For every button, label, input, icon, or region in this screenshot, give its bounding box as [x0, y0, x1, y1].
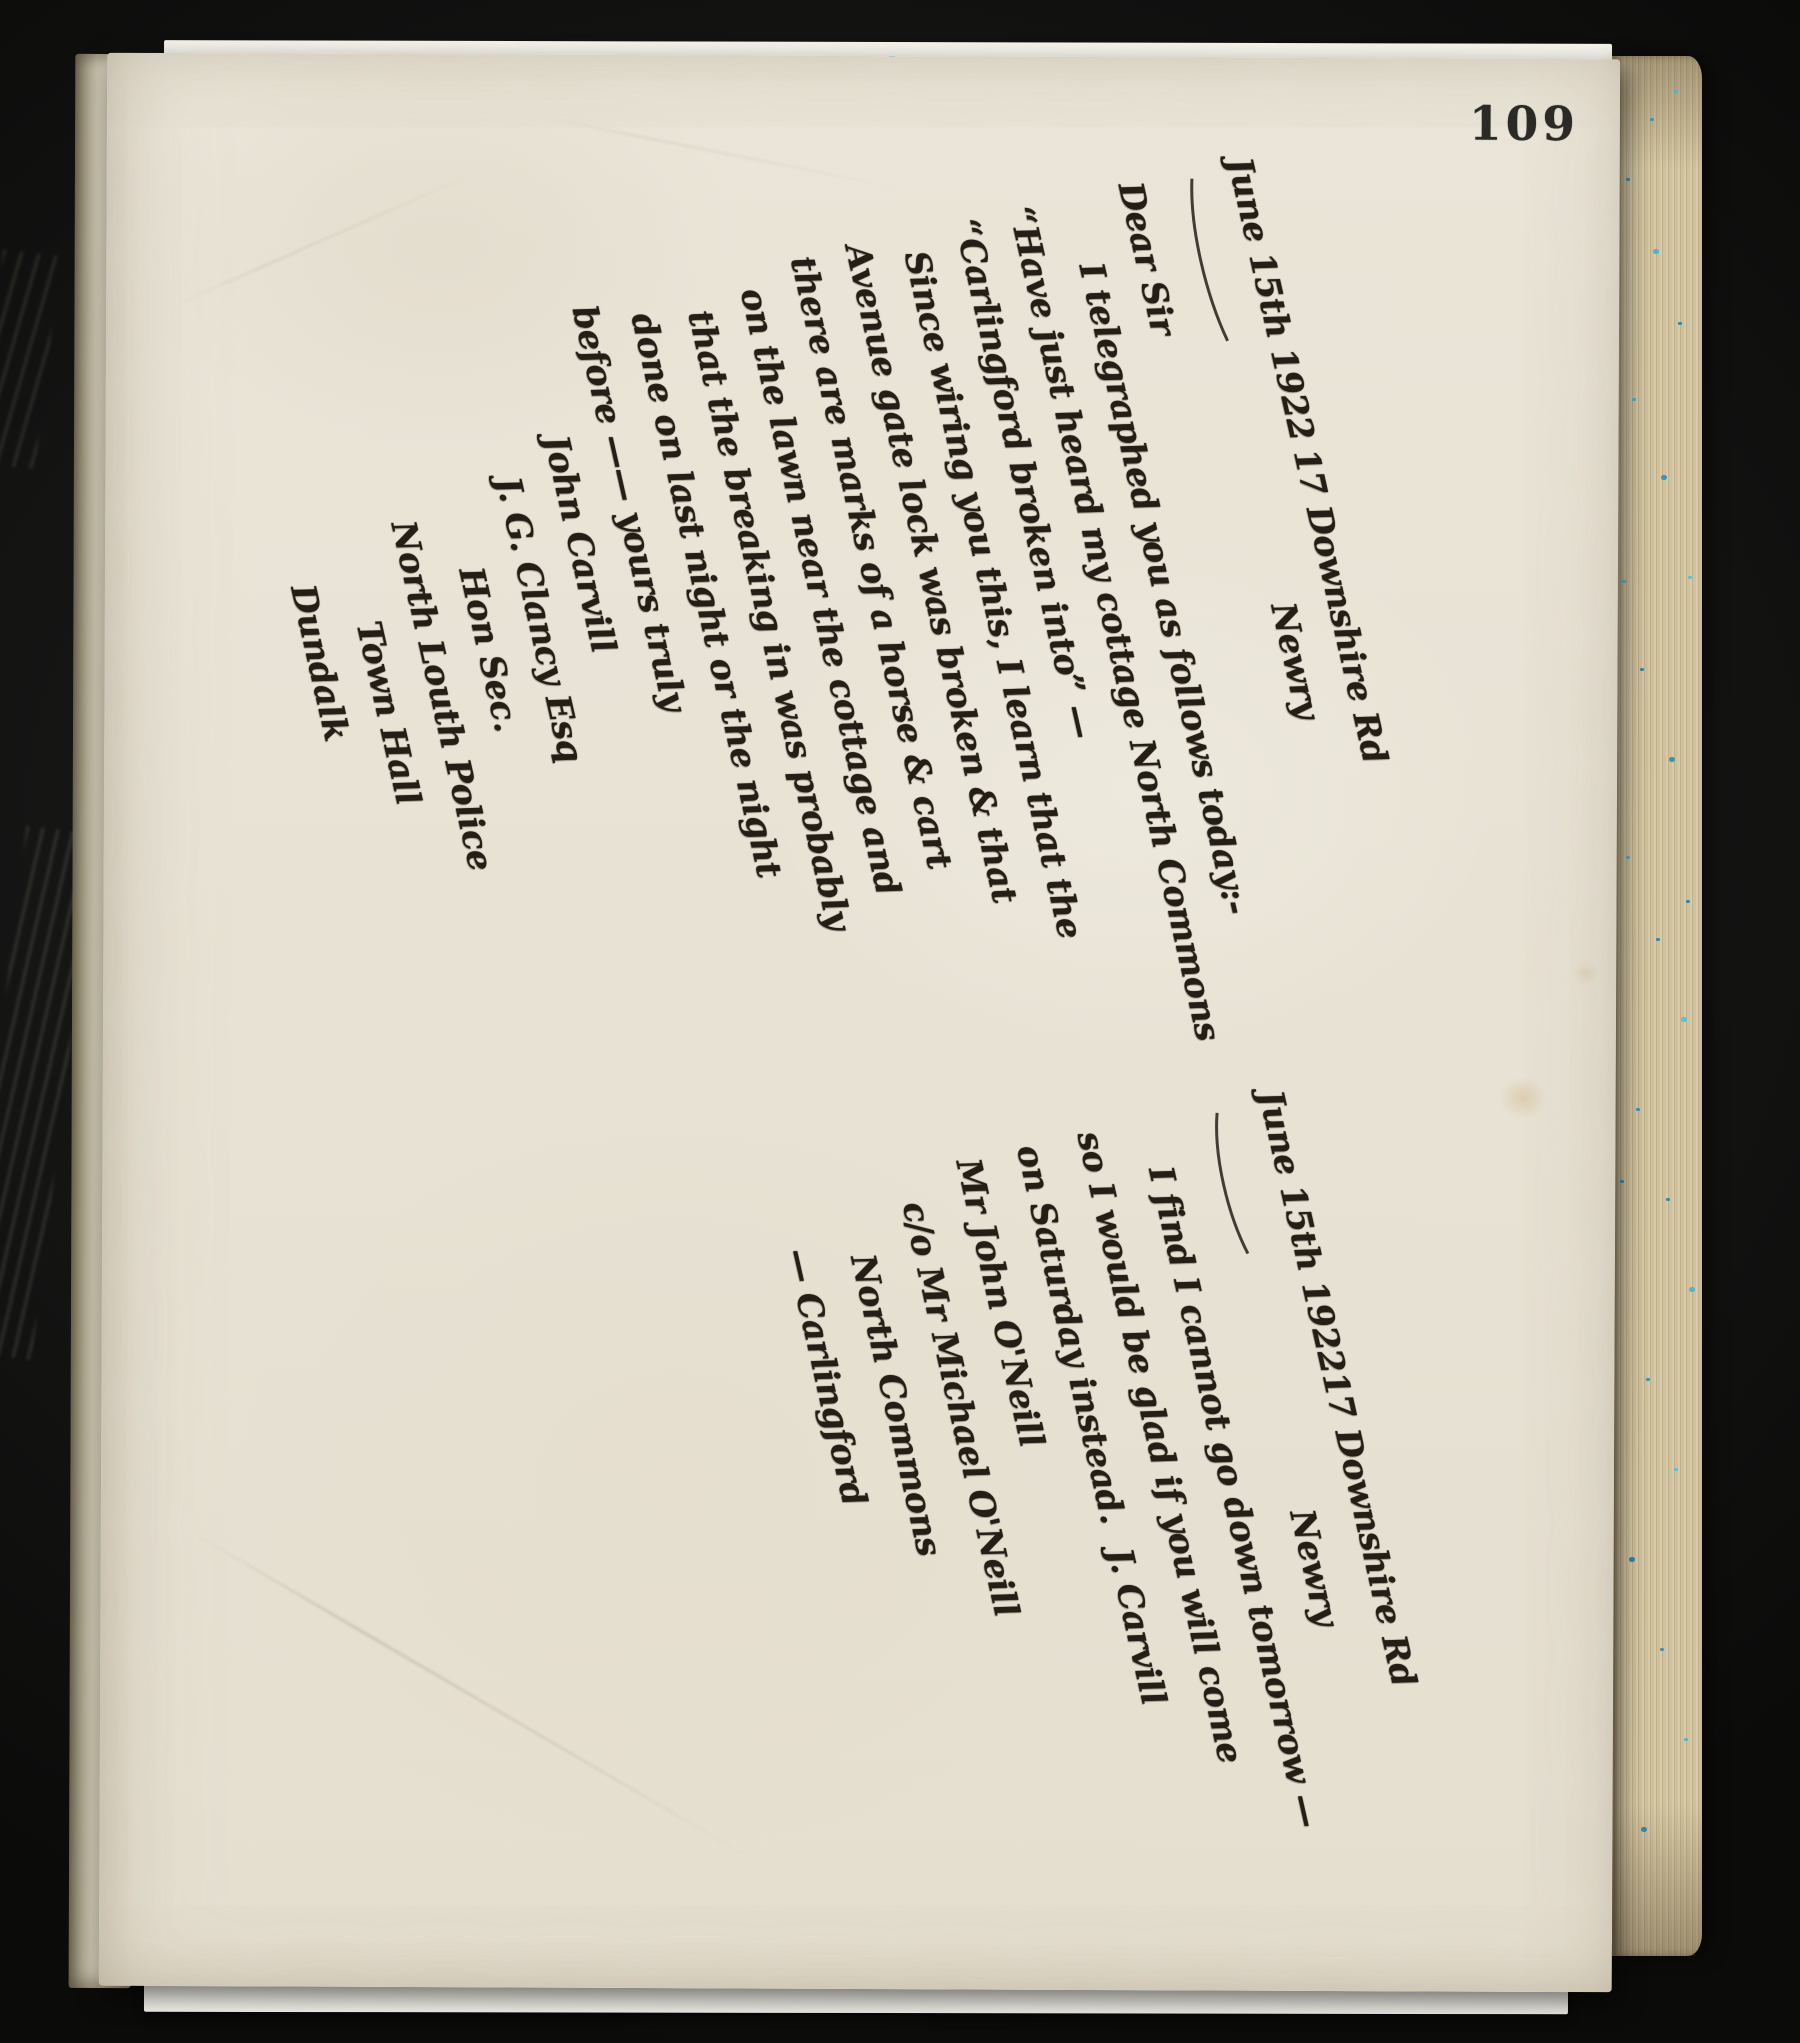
date-underline-flourish: [1202, 1108, 1253, 1260]
book-fore-edge: [1612, 56, 1702, 1956]
letter-1: June 15th 1922 17 Downshire Rd Newry Dea…: [228, 152, 1403, 992]
paper-crease: [176, 174, 470, 306]
letter-2: June 15th 1922 17 Downshire Rd Newry I f…: [755, 1084, 1432, 1792]
book-photograph: 109 June 15th 1922 17 Downshire Rd Newry…: [0, 0, 1800, 2043]
paper-stain: [1571, 961, 1599, 985]
showthrough-marks-upper: [0, 249, 61, 469]
journal-page: 109 June 15th 1922 17 Downshire Rd Newry…: [99, 53, 1620, 1993]
paper-crease: [191, 1531, 745, 1856]
paper-crease: [536, 115, 909, 192]
page-number: 109: [1469, 97, 1579, 152]
paper-stain: [1499, 1077, 1547, 1119]
